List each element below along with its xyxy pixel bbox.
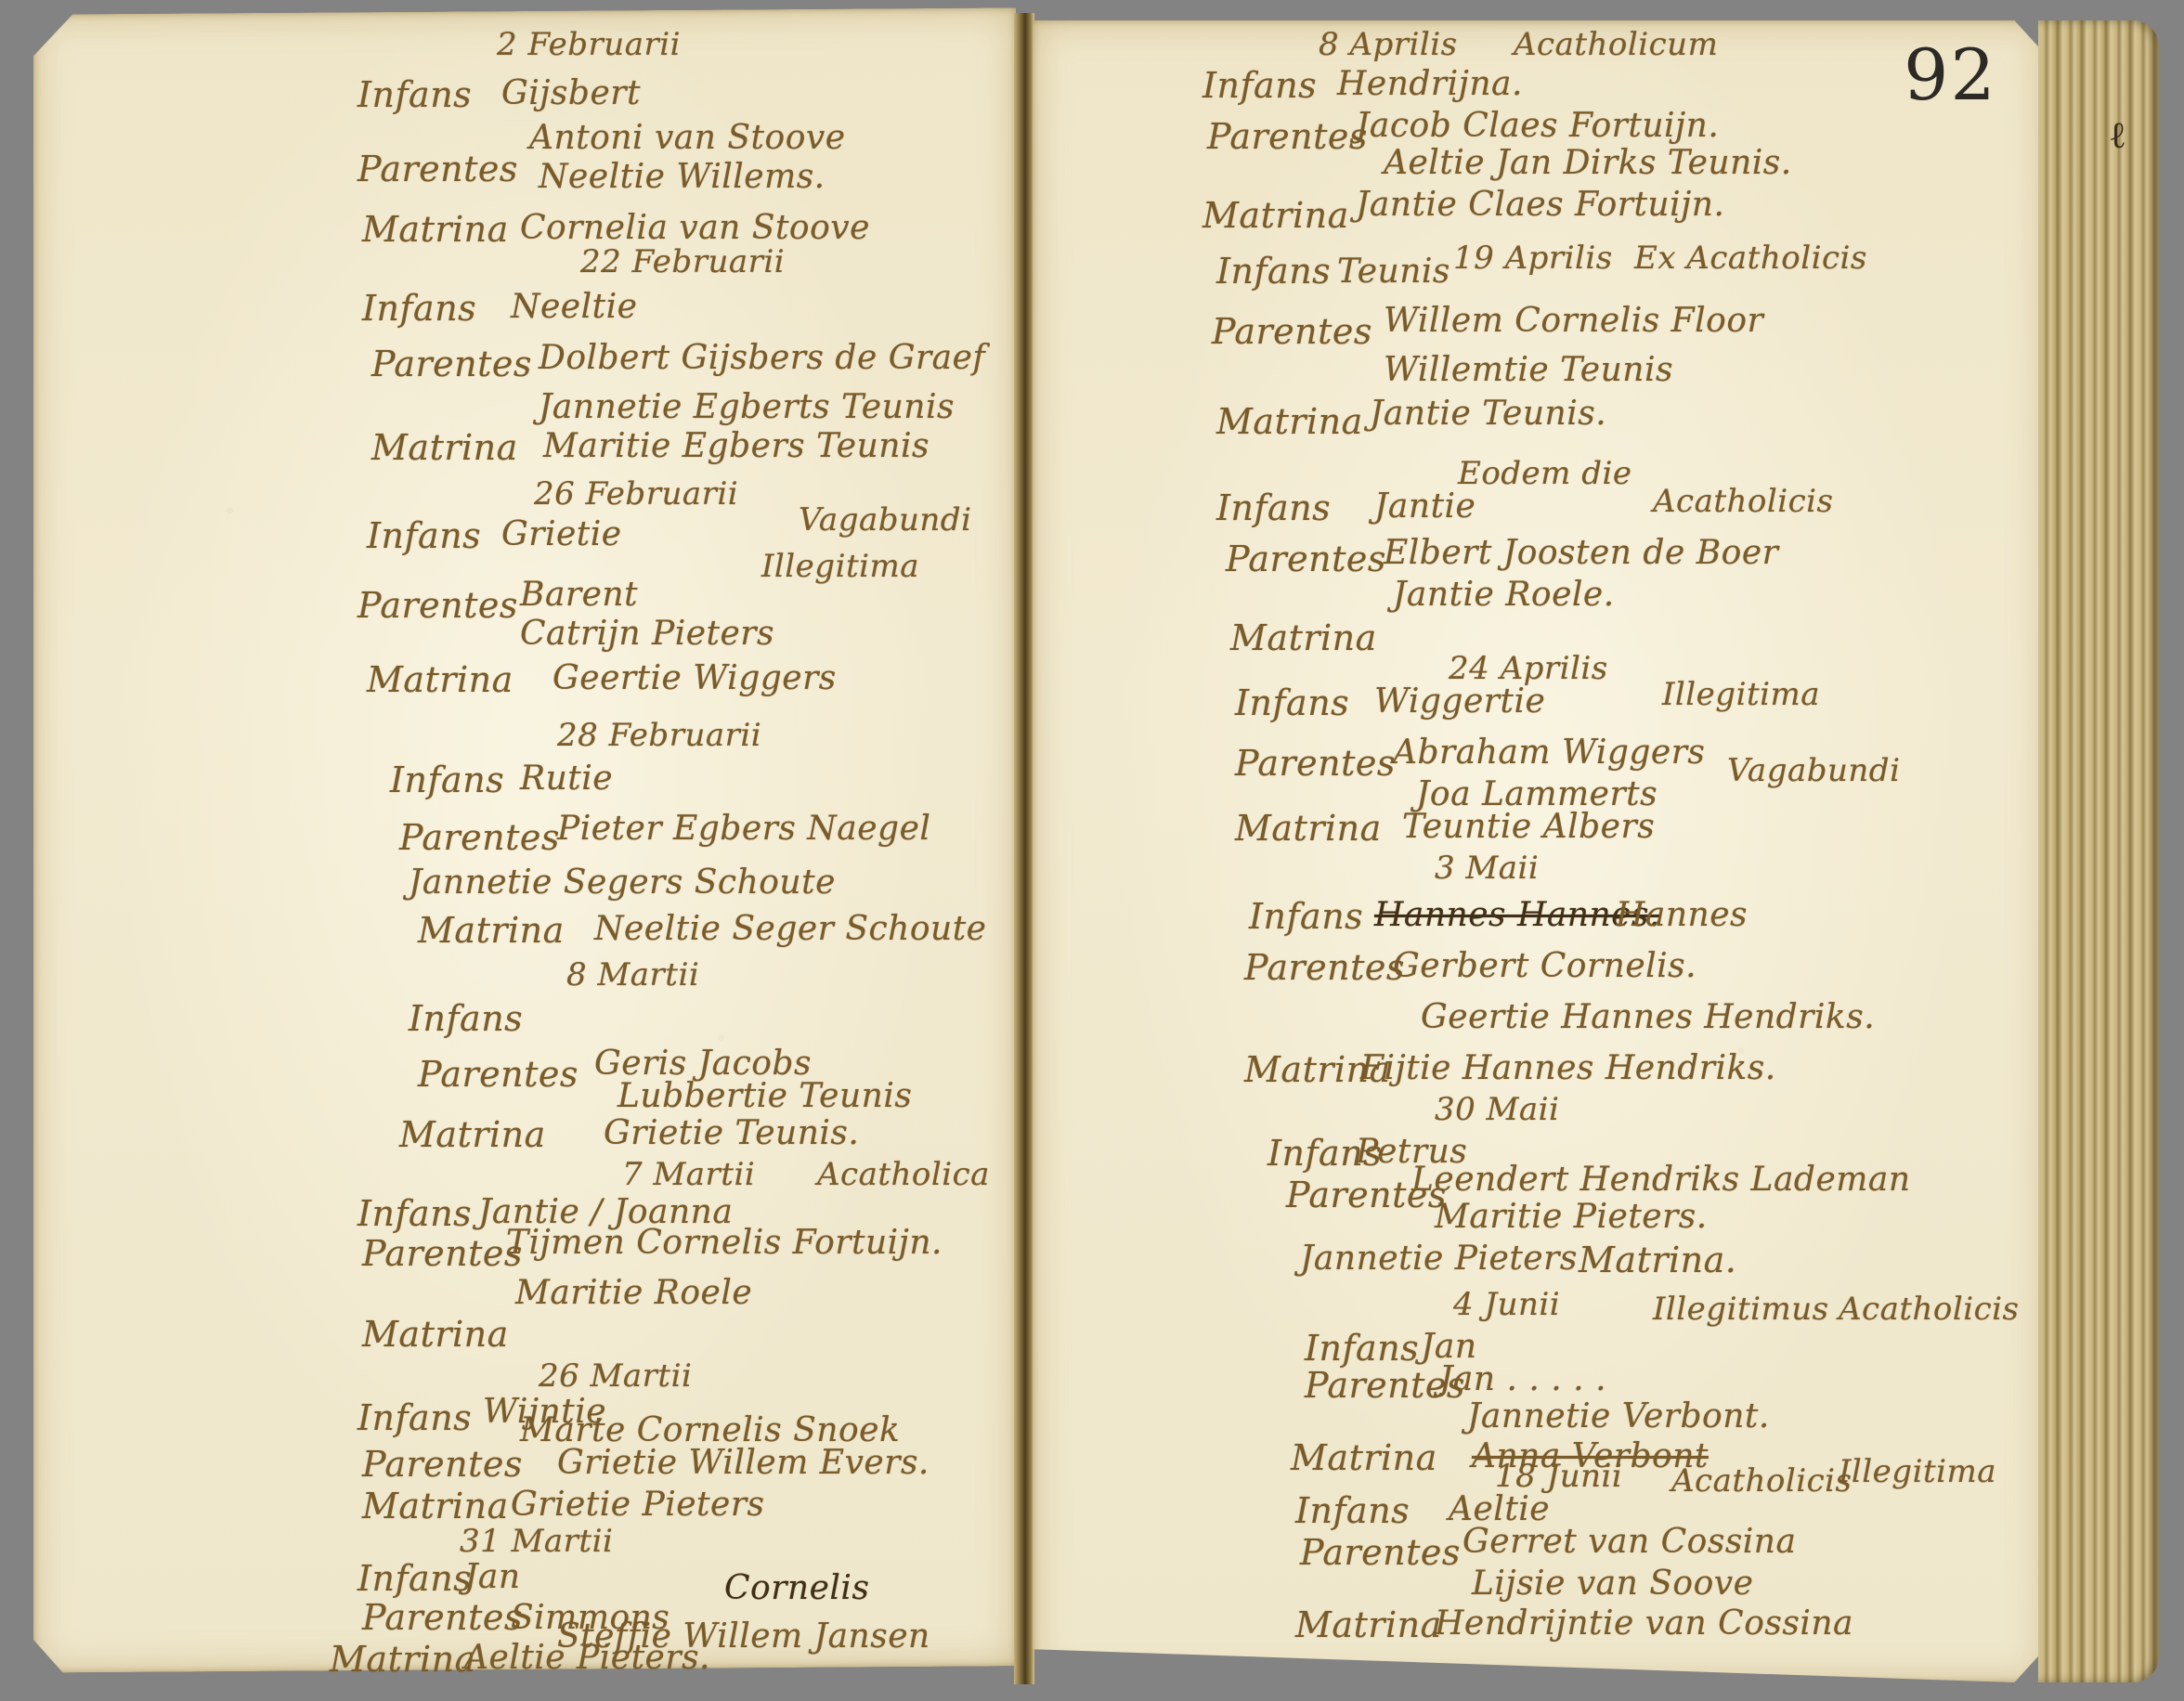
father-name: Gerret van Cossina [1462,1523,1796,1561]
parentes-label: Parentes [1212,311,1372,352]
infans-label: Infans [409,998,523,1039]
entry-date: 24 Aprilis [1449,650,1608,687]
entry-date: 26 Martii [539,1357,692,1395]
infans-name: Hendrijna. [1337,65,1523,103]
parentes-label: Parentes [1244,947,1405,988]
infans-label: Infans [1305,1328,1419,1369]
matrina-label: Matrina [330,1639,476,1680]
status-note-vagabundi: Vagabundi [1727,752,1900,789]
status-note-acatholicis: Acatholicis [1839,1291,2020,1328]
entry-date: 26 Februarii [534,475,738,513]
infans-name: Wiggertie [1374,682,1545,721]
father-name: Tijmen Cornelis Fortuijn. [506,1224,942,1262]
matrina-label: Matrina [1202,195,1349,236]
matrina-name: Neeltie Seger Schoute [594,910,986,948]
matrina-label: Matrina [418,910,565,951]
infans-label: Infans [390,760,504,800]
parentes-label: Parentes [1226,539,1386,579]
infans-label: Infans [357,1193,472,1234]
infans-name: Gijsbert [501,74,641,112]
infans-name: Neeltie [511,288,637,326]
entry-date: 19 Aprilis [1453,240,1613,277]
father-name-insertion: Cornelis [724,1569,869,1607]
mother-name: Lijsie van Soove [1472,1565,1753,1603]
infans-label: Infans [1202,65,1317,106]
entry-date: 4 Junii [1453,1286,1560,1323]
father-name: Leendert Hendriks Lademan [1411,1161,1911,1199]
entry-date: 2 Februarii [497,26,681,63]
entry-date: 28 Februarii [557,717,761,754]
matrina-name: Geertie Wiggers [552,659,837,697]
father-name: Barent [520,576,638,614]
matrina-label: Matrina. [1579,1240,1736,1280]
book-gutter [1014,13,1034,1684]
parentes-label: Parentes [1235,743,1396,784]
mother-name: Maritie Pieters. [1435,1198,1708,1236]
mother-name: Jantie Roele. [1393,576,1615,614]
infans-label: Infans [357,74,472,115]
infans-label: Infans [367,515,481,556]
matrina-name: Maritie Egbers Teunis [543,427,929,465]
mother-name: Lubbertie Teunis [617,1077,912,1115]
mother-name: Willemtie Teunis [1384,351,1673,389]
status-note-vagabundi: Vagabundi [799,501,971,539]
matrina-label: Matrina [362,1486,509,1526]
infans-name: Jan [464,1558,521,1596]
status-note-acatholicis: Acatholicis [1671,1462,1852,1500]
status-note-illegitimus: Illegitimus [1653,1291,1829,1328]
infans-label: Infans [362,288,476,329]
father-name: Dolbert Gijsbers de Graef [539,339,985,377]
entry-date: 31 Martii [460,1523,613,1560]
status-note-illegitima: Illegitima [1839,1453,1996,1490]
matrina-label: Matrina [1291,1437,1437,1478]
status-note-illegitima: Illegitima [761,548,919,585]
fore-edge-ink-mark: ℓ [2111,113,2125,157]
matrina-name: Aeltie Pieters. [464,1639,710,1677]
infans-label: Infans [1295,1490,1410,1531]
entry-date: 18 Junii [1495,1458,1622,1495]
matrina-name: Jannetie Pieters [1300,1240,1578,1278]
father-name: Pieter Egbers Naegel [557,810,930,848]
matrina-label: Matrina [1295,1604,1442,1645]
father-name: Willem Cornelis Floor [1384,302,1763,340]
page-number: 92 [1904,33,1997,116]
matrina-label: Matrina [367,659,513,700]
parentes-label: Parentes [362,1233,523,1274]
mother-name: Aeltie Jan Dirks Teunis. [1384,144,1792,182]
infans-name: Hannes [1616,896,1748,934]
father-name: Elbert Joosten de Boer [1384,534,1778,572]
matrina-label: Matrina [1235,808,1382,849]
entry-date: 7 Martii [622,1156,755,1193]
mother-name: Jannetie Verbont. [1467,1397,1770,1435]
status-note-ex-acatholicis: Ex Acatholicis [1634,240,1867,277]
mother-name: Jannetie Egberts Teunis [539,388,955,426]
father-name: Antoni van Stoove [529,119,846,157]
matrina-name: Grietie Pieters [511,1486,765,1524]
infans-label: Infans [357,1558,472,1599]
infans-label: Infans [1249,896,1363,937]
matrina-label: Matrina [362,1314,509,1355]
mother-name: Maritie Roele [515,1274,752,1312]
father-name: Gerbert Cornelis. [1393,947,1696,985]
status-note-illegitima: Illegitima [1662,676,1820,713]
parentes-label: Parentes [357,585,518,626]
matrina-name: Grietie Teunis. [604,1114,859,1152]
matrina-label: Matrina [1216,401,1363,442]
father-name: Abraham Wiggers [1393,734,1705,772]
mother-name: Neeltie Willems. [539,158,825,196]
infans-label: Infans [357,1397,472,1438]
matrina-name: Fijtie Hannes Hendriks. [1360,1049,1776,1087]
matrina-name: Jantie Teunis. [1370,395,1606,433]
open-register-book: ℓ 92 2 Februarii Infans Gijsbert Parente… [0,0,2184,1701]
entry-date: 8 Aprilis [1319,26,1458,63]
infans-label: Infans [1216,487,1331,528]
entry-date: Eodem die [1458,455,1631,492]
infans-label: Infans [1235,682,1349,723]
infans-name: Grietie [501,515,622,553]
mother-name: Jannetie Segers Schoute [409,863,836,902]
father-name: Jan . . . . . [1439,1360,1606,1398]
matrina-name: Teuntie Albers [1402,808,1655,846]
status-note-acatholicis: Acatholicis [1653,483,1834,520]
father-name: Jacob Claes Fortuijn. [1356,107,1719,145]
mother-name: Geertie Hannes Hendriks. [1421,998,1875,1036]
status-note-acatholicum: Acatholicum [1514,26,1718,63]
infans-name: Rutie [520,760,613,798]
parentes-label: Parentes [357,149,518,189]
parentes-label: Parentes [362,1597,523,1638]
parentes-label: Parentes [1300,1532,1461,1573]
parentes-label: Parentes [1207,116,1368,157]
infans-name: Jantie [1374,487,1475,526]
matrina-label: Matrina [1230,617,1377,658]
entry-date: 3 Maii [1435,850,1539,887]
parentes-label: Parentes [418,1054,578,1095]
parentes-label: Parentes [399,817,560,858]
entry-date: 8 Martii [566,956,699,993]
entry-date: 30 Maii [1435,1091,1559,1128]
matrina-label: Matrina [362,209,509,250]
matrina-name: Cornelia van Stoove [520,209,870,247]
page-block-fore-edge: ℓ [2038,20,2159,1682]
infans-label: Infans [1216,251,1331,292]
mother-name: Grietie Willem Evers. [557,1444,929,1482]
matrina-name: Jantie Claes Fortuijn. [1356,186,1724,224]
matrina-name: Hendrijntie van Cossina [1435,1604,1853,1643]
status-note-acatholica: Acatholica [817,1156,990,1193]
mother-name: Catrijn Pieters [520,615,774,653]
parentes-label: Parentes [362,1444,523,1485]
matrina-label: Matrina [371,427,518,468]
parentes-label: Parentes [371,344,532,384]
infans-name: Teunis [1337,253,1450,291]
matrina-label: Matrina [399,1114,546,1155]
entry-date: 22 Februarii [580,243,785,280]
